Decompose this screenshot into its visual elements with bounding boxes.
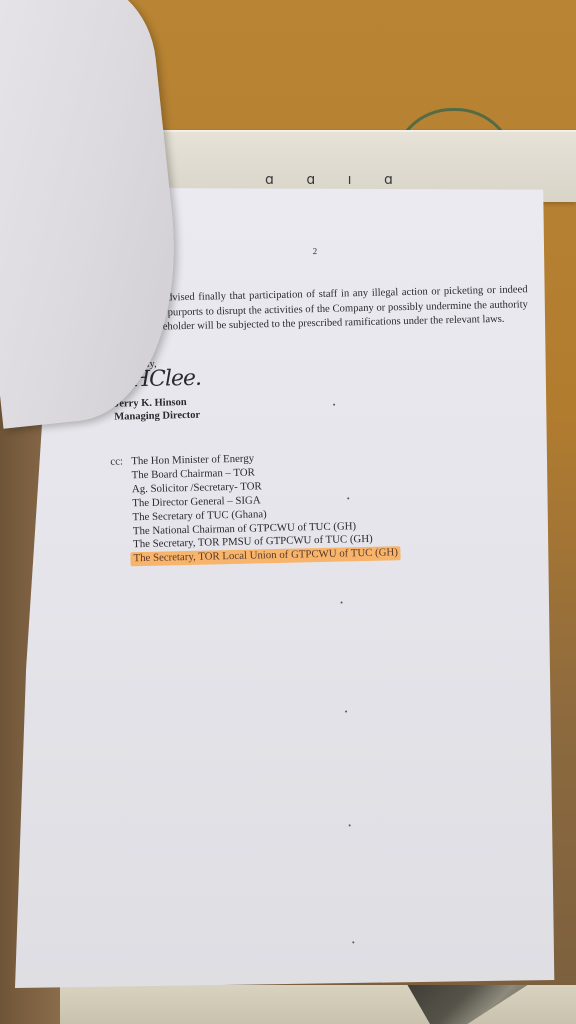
cc-label: cc:: [110, 455, 123, 467]
cc-recipient-list: The Hon Minister of Energy The Board Cha…: [131, 449, 401, 566]
paper-speck: [345, 710, 347, 712]
paper-speck: [333, 404, 335, 406]
signer-title: Managing Director: [114, 410, 200, 423]
paper-speck: [341, 602, 343, 604]
closing-paragraph: Kindly be advised finally that participa…: [116, 283, 529, 336]
paper-speck: [352, 941, 354, 943]
paper-speck: [347, 497, 349, 499]
paper-speck: [349, 824, 351, 826]
page-number: 2: [313, 246, 318, 256]
signer-name: Jerry K. Hinson: [114, 397, 187, 410]
